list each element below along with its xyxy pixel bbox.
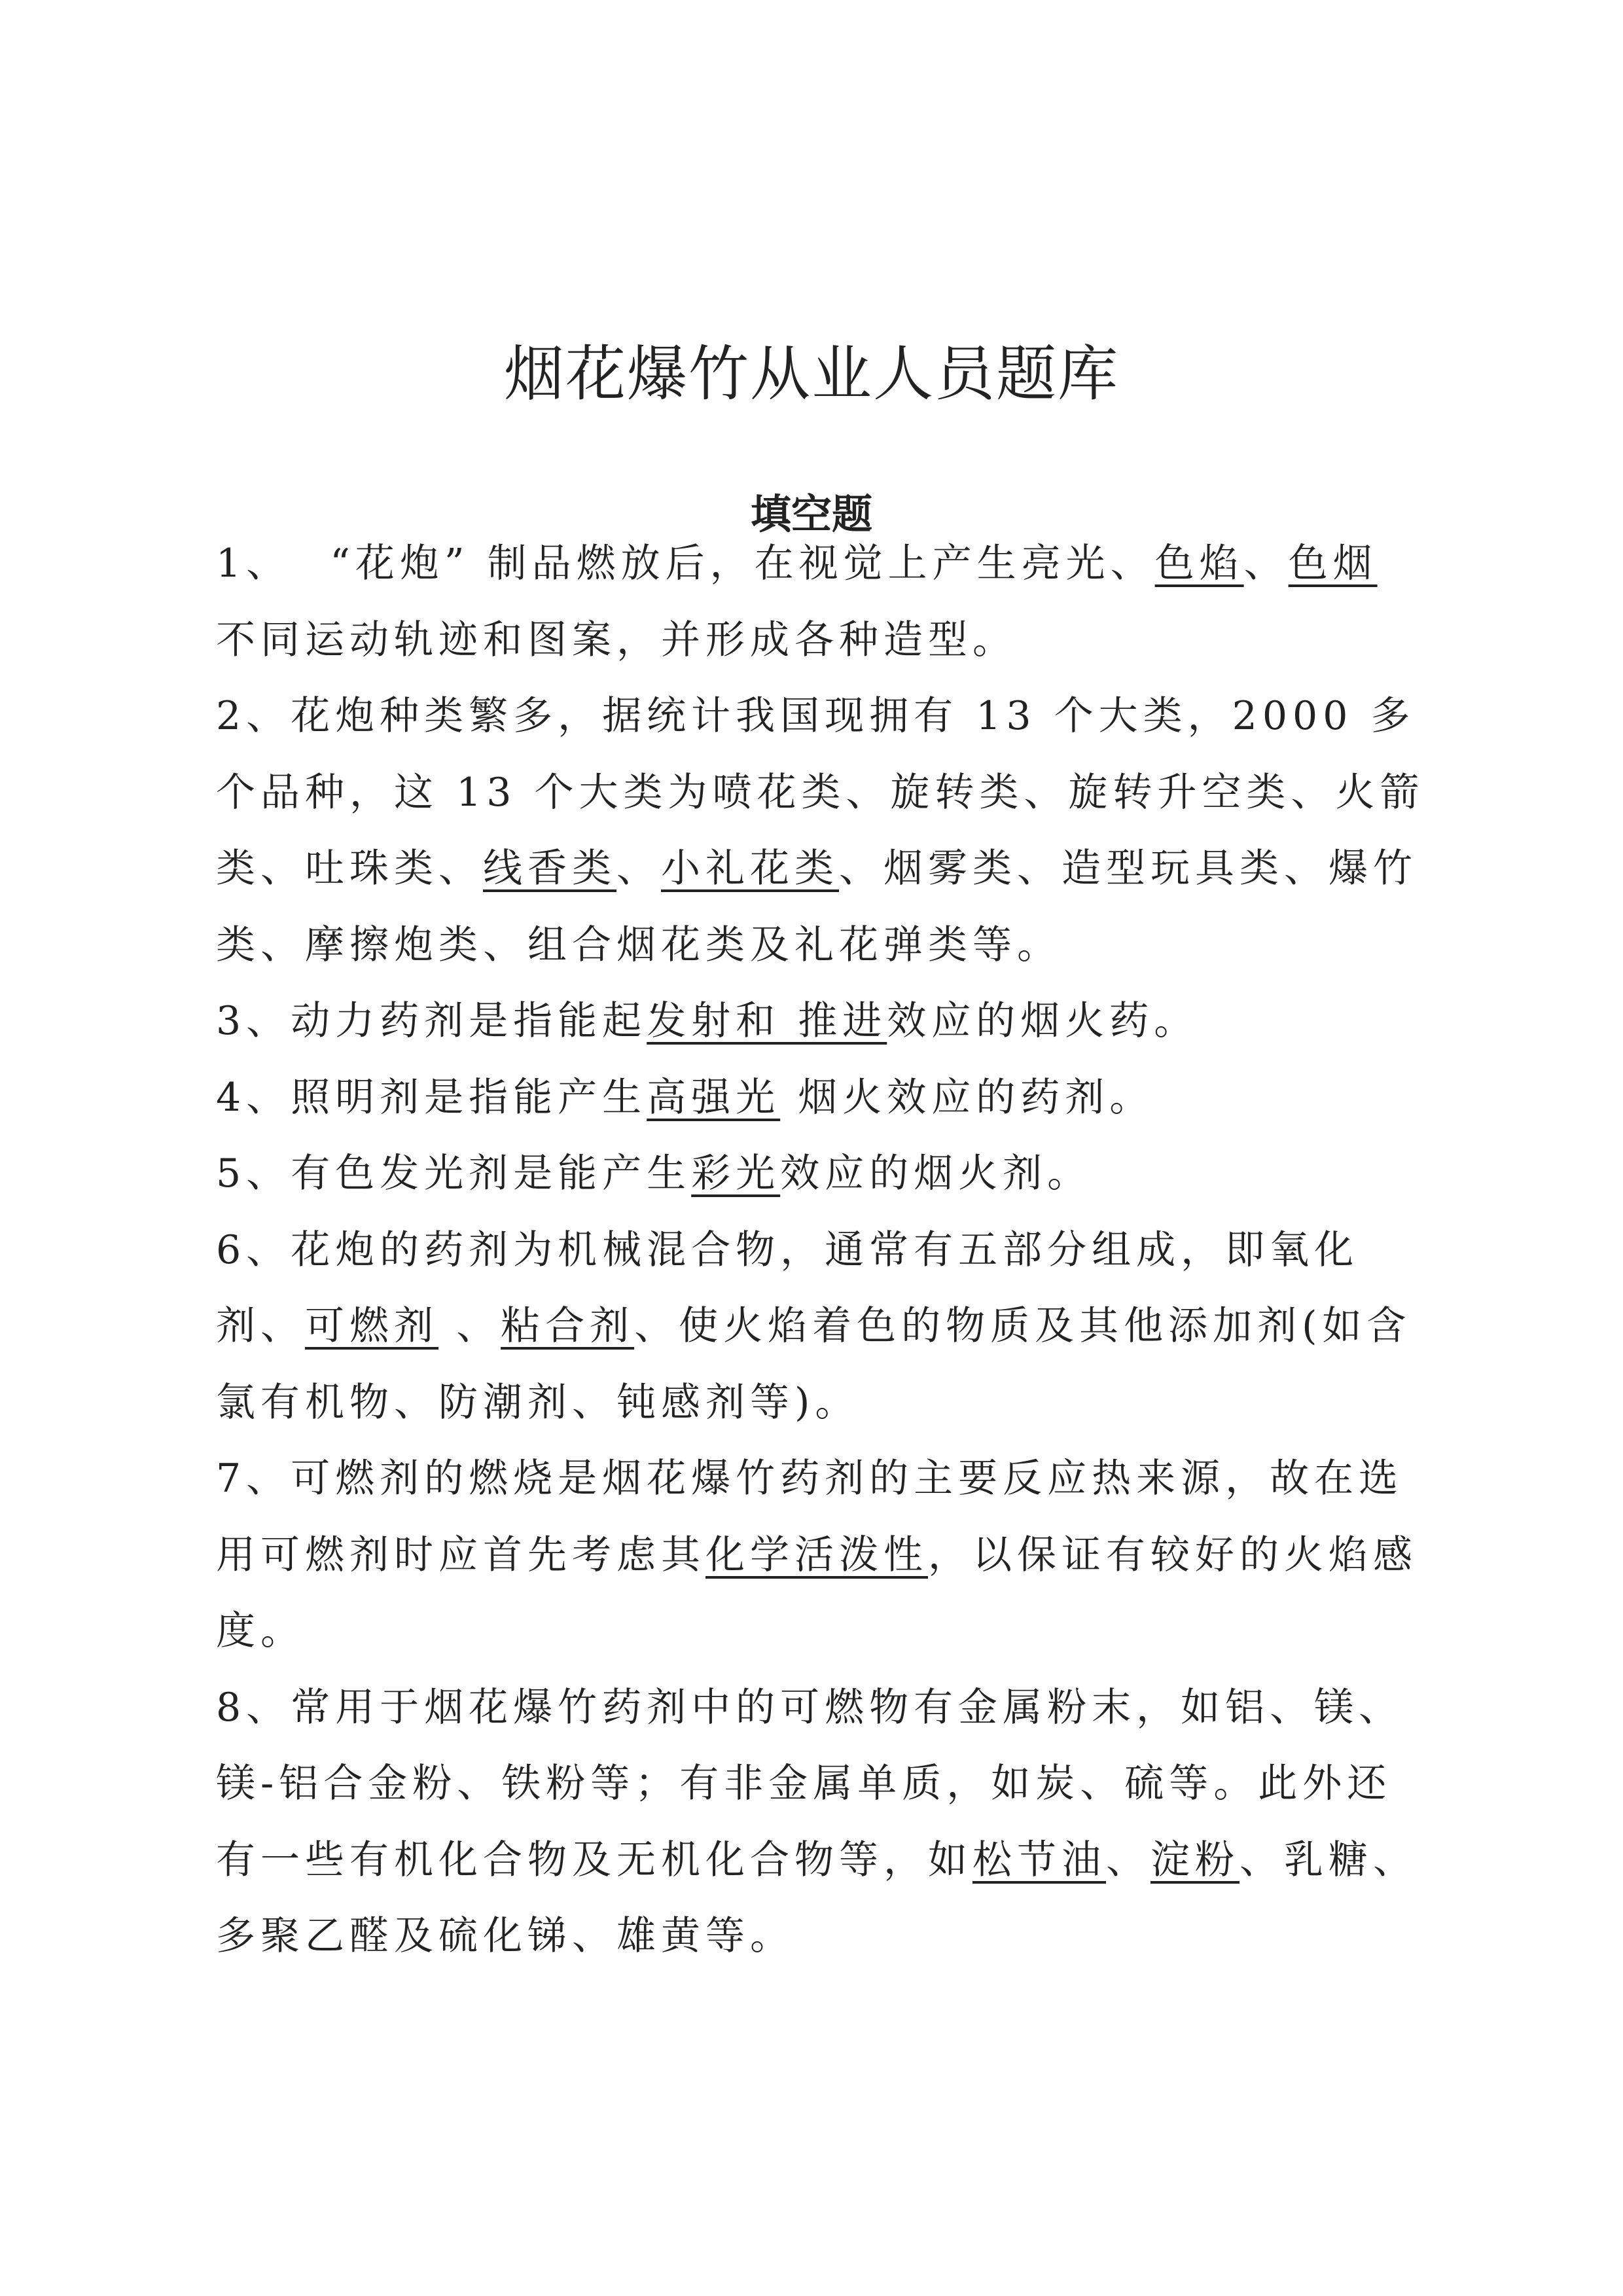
question-text: 不同运动轨迹和图案，并形成各种造型。	[216, 617, 1017, 663]
question-7: 7、可燃剂的燃烧是烟花爆竹药剂的主要反应热来源，故在选用可燃剂时应首先考虑其化学…	[216, 1441, 1433, 1670]
question-6: 6、花炮的药剂为机械混合物，通常有五部分组成，即氧化剂、可燃剂 、粘合剂、使火焰…	[216, 1212, 1433, 1441]
question-text: 效应的烟火药。	[887, 998, 1198, 1044]
question-2: 2、花炮种类繁多，据统计我国现拥有 13 个大类，2000 多个品种，这 13 …	[216, 678, 1433, 983]
question-number: 6、	[216, 1227, 291, 1273]
answer-blank: 高强光	[647, 1075, 780, 1121]
answer-blank: 色焰	[1155, 541, 1244, 586]
answer-blank: 淀粉	[1150, 1837, 1240, 1883]
question-text: 、	[616, 846, 661, 891]
question-text: 、	[438, 1303, 501, 1349]
document-title: 烟花爆竹从业人员题库	[0, 332, 1623, 417]
question-number: 8、	[216, 1685, 291, 1731]
question-text: 、	[1106, 1837, 1150, 1883]
question-list: 1、“花炮” 制品燃放后，在视觉上产生亮光、色焰、色烟 不同运动轨迹和图案，并形…	[216, 526, 1433, 1975]
question-number: 2、	[216, 693, 291, 739]
question-text: 照明剂是指能产生	[291, 1075, 647, 1121]
question-text: “花炮” 制品燃放后，在视觉上产生亮光、	[330, 541, 1154, 586]
question-8: 8、常用于烟花爆竹药剂中的可燃物有金属粉末，如铝、镁、镁-铝合金粉、铁粉等；有非…	[216, 1670, 1433, 1975]
question-3: 3、动力药剂是指能起发射和 推进效应的烟火药。	[216, 983, 1433, 1060]
question-5: 5、有色发光剂是能产生彩光效应的烟火剂。	[216, 1136, 1433, 1212]
question-text: 烟火效应的药剂。	[780, 1075, 1154, 1121]
answer-blank: 彩光	[691, 1151, 780, 1196]
answer-blank: 松节油	[972, 1837, 1106, 1883]
question-text: 效应的烟火剂。	[780, 1151, 1092, 1196]
answer-blank: 发射和 推进	[647, 998, 887, 1044]
question-number: 1、	[216, 541, 291, 586]
answer-blank: 小礼花类	[661, 846, 839, 891]
answer-blank: 色烟	[1289, 541, 1378, 586]
question-number: 7、	[216, 1456, 291, 1501]
question-1: 1、“花炮” 制品燃放后，在视觉上产生亮光、色焰、色烟 不同运动轨迹和图案，并形…	[216, 526, 1433, 678]
question-text: 动力药剂是指能起	[291, 998, 647, 1044]
question-number: 3、	[216, 998, 291, 1044]
question-4: 4、照明剂是指能产生高强光 烟火效应的药剂。	[216, 1060, 1433, 1136]
answer-blank: 粘合剂	[501, 1303, 634, 1349]
question-text: 、	[1244, 541, 1289, 586]
answer-blank: 化学活泼性	[705, 1532, 928, 1578]
answer-blank: 可燃剂	[305, 1303, 438, 1349]
answer-blank: 线香类	[483, 846, 616, 891]
question-text: 有色发光剂是能产生	[291, 1151, 691, 1196]
question-number: 4、	[216, 1075, 291, 1121]
question-number: 5、	[216, 1151, 291, 1196]
